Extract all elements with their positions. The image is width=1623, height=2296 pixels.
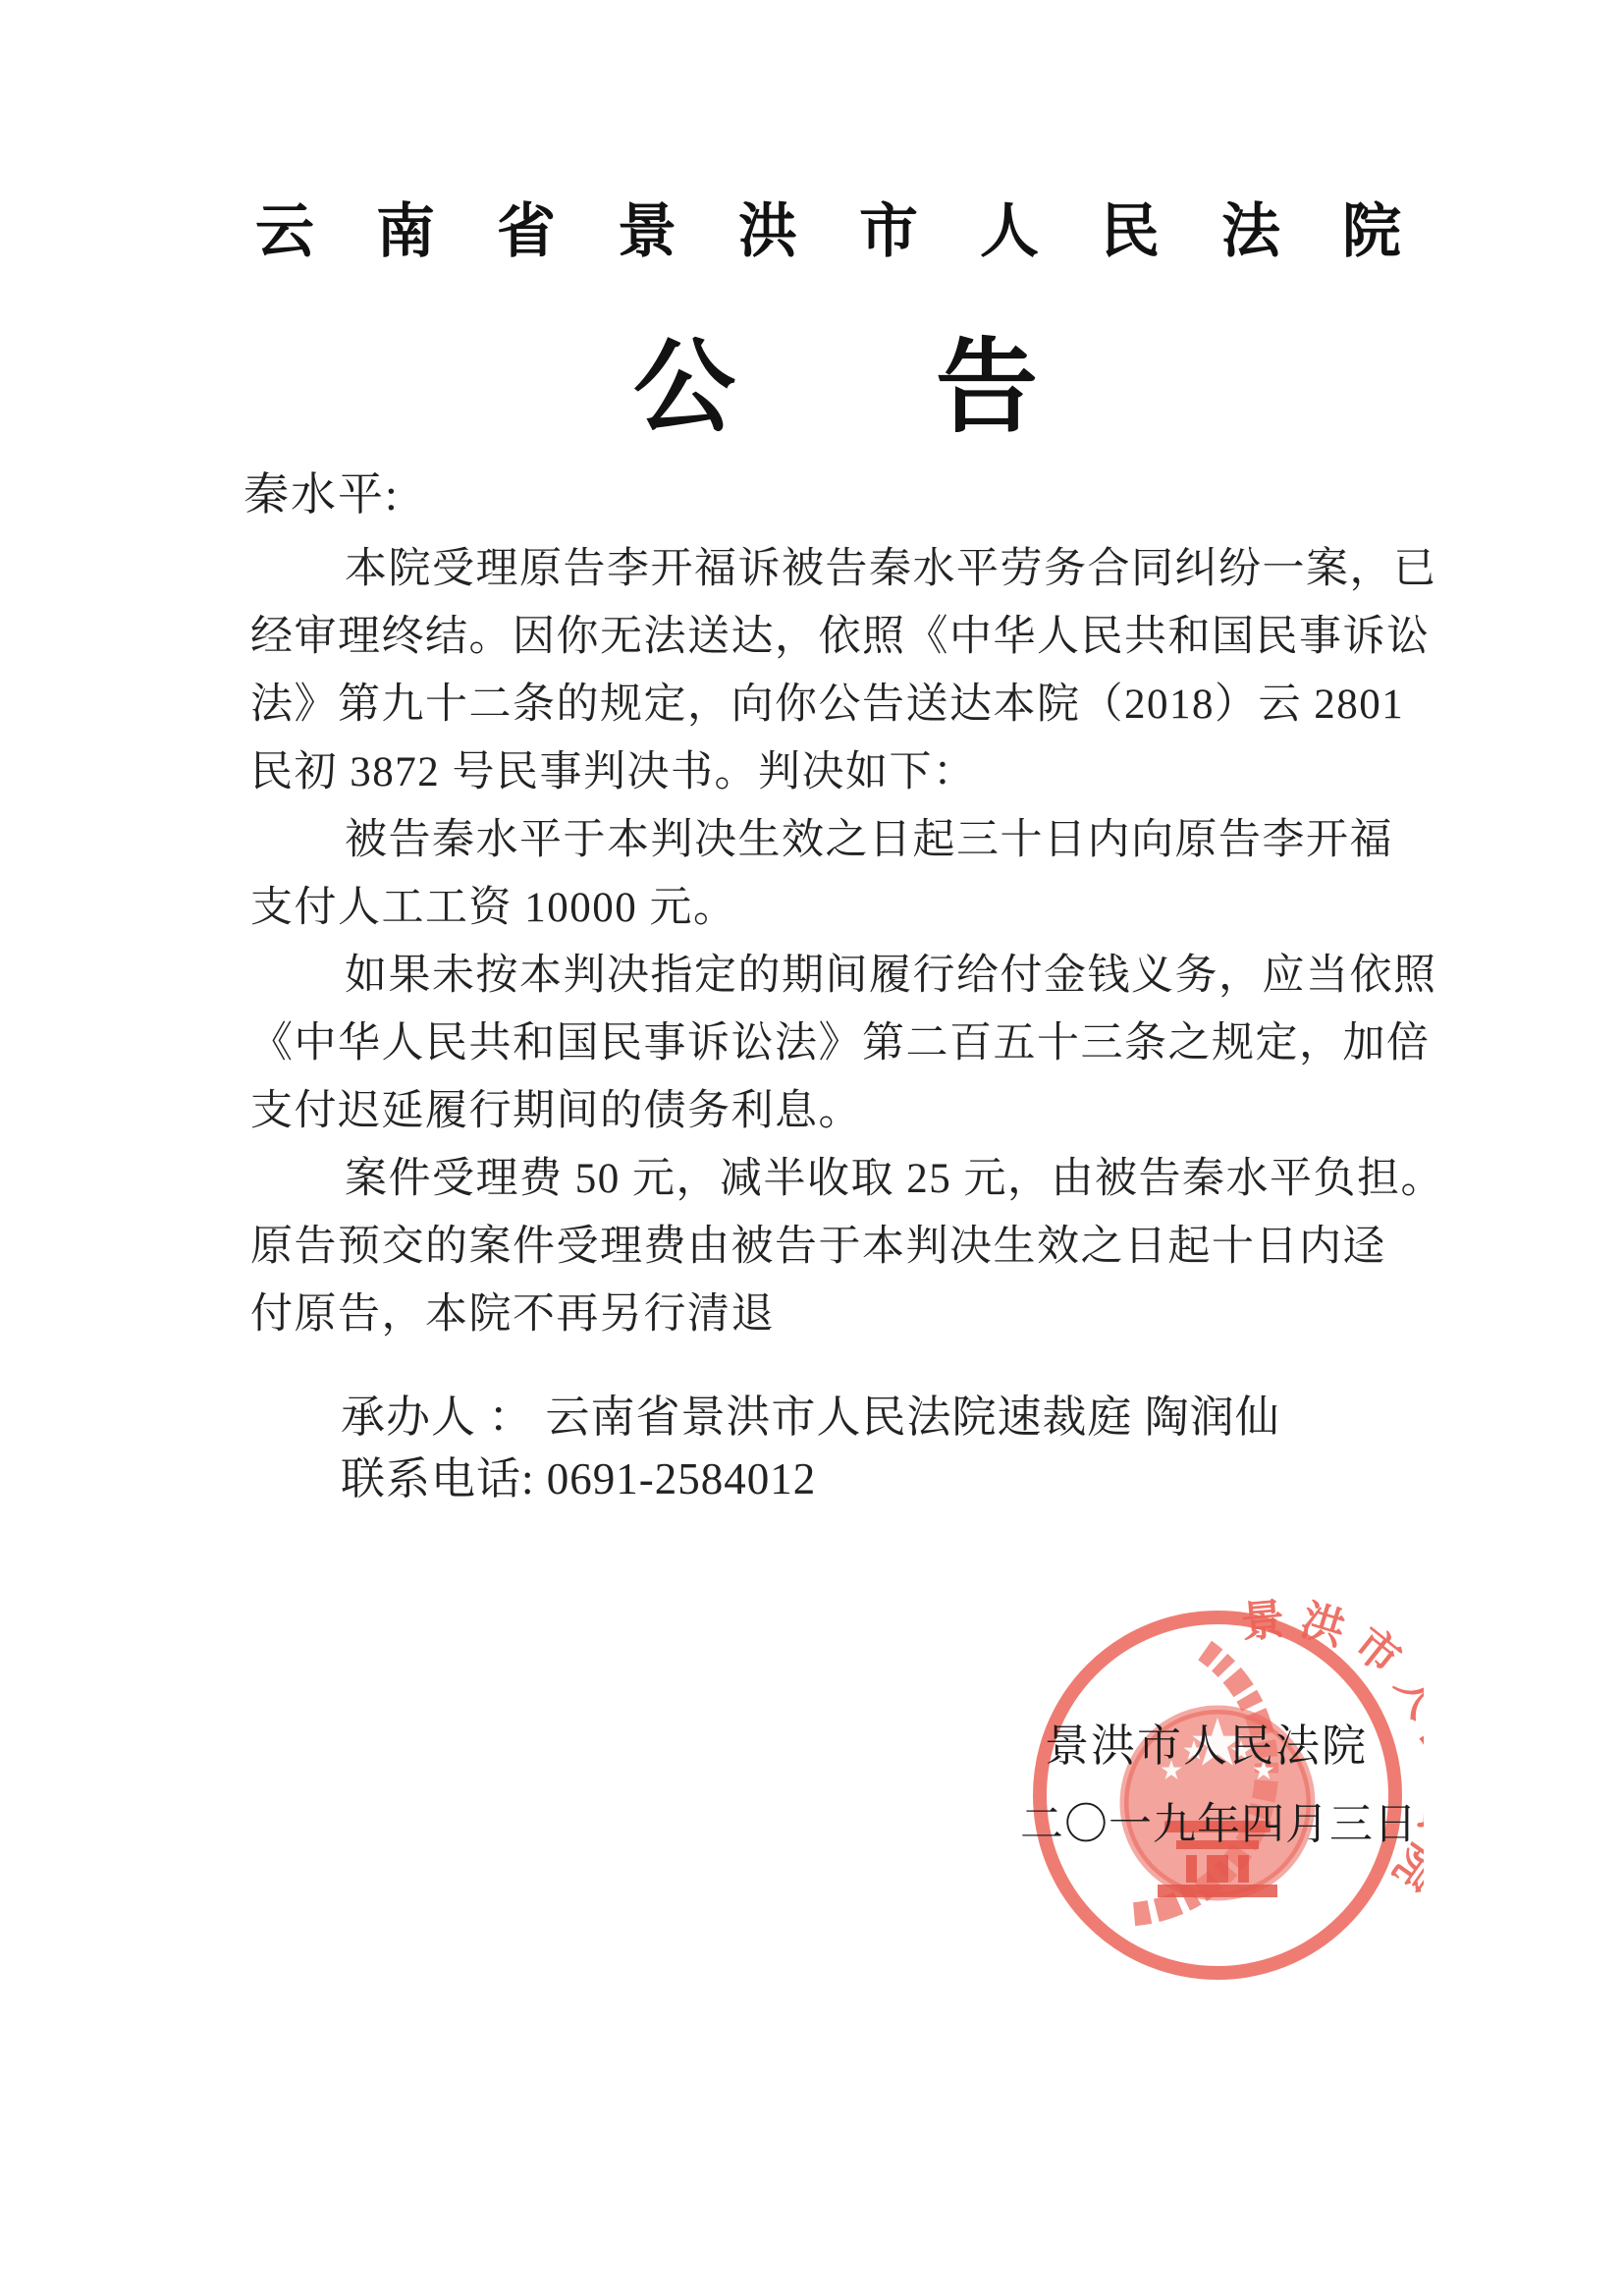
contact-block: 承办人 ： 云南省景洪市人民法院速裁庭 陶润仙 联系电话: 0691-25840… xyxy=(341,1387,1280,1510)
text-line: 支付迟延履行期间的债务利息。 xyxy=(250,1077,1448,1145)
text-line: 如果未按本判决指定的期间履行给付金钱义务，应当依照 xyxy=(250,942,1448,1010)
text-line: 案件受理费 50 元，减半收取 25 元，由被告秦水平负担。 xyxy=(250,1145,1448,1213)
text-line: 《中华人民共和国民事诉讼法》第二百五十三条之规定，加倍 xyxy=(250,1010,1448,1077)
text-line: 民初 3872 号民事判决书。判决如下： xyxy=(250,738,1448,806)
text-line: 原告预交的案件受理费由被告于本判决生效之日起十日内迳 xyxy=(250,1213,1448,1281)
phone-line: 联系电话: 0691-2584012 xyxy=(341,1449,1280,1510)
text-line: 经审理终结。因你无法送达，依照《中华人民共和国民事诉讼 xyxy=(250,603,1448,671)
handler-line: 承办人 ： 云南省景洪市人民法院速裁庭 陶润仙 xyxy=(341,1387,1280,1449)
seal-court-name-text: 景洪市人民法院 xyxy=(1045,1722,1368,1771)
official-court-seal: 景洪市人民法院 xyxy=(1011,1589,1424,2001)
text-line: 付原告，本院不再另行清退 xyxy=(250,1281,1448,1348)
seal-date-text: 二〇一九年四月三日 xyxy=(1020,1800,1418,1849)
text-line: 法》第九十二条的规定，向你公告送达本院（2018）云 2801 xyxy=(250,671,1448,738)
text-line: 被告秦水平于本判决生效之日起三十日内向原告李开福 xyxy=(250,806,1448,874)
addressee-name: 秦水平: xyxy=(243,469,400,520)
text-line: 本院受理原告李开福诉被告秦水平劳务合同纠纷一案，已 xyxy=(250,535,1448,603)
text-line: 支付人工工资 10000 元。 xyxy=(250,874,1448,942)
announcement-page: 云南省景洪市人民法院 公告 秦水平: 本院受理原告李开福诉被告秦水平劳务合同纠纷… xyxy=(0,0,1623,2296)
page-title-announcement: 公告 xyxy=(633,334,1238,442)
page-title-court-name: 云南省景洪市人民法院 xyxy=(255,200,1463,263)
body-text: 本院受理原告李开福诉被告秦水平劳务合同纠纷一案，已 经审理终结。因你无法送达，依… xyxy=(250,535,1448,1348)
